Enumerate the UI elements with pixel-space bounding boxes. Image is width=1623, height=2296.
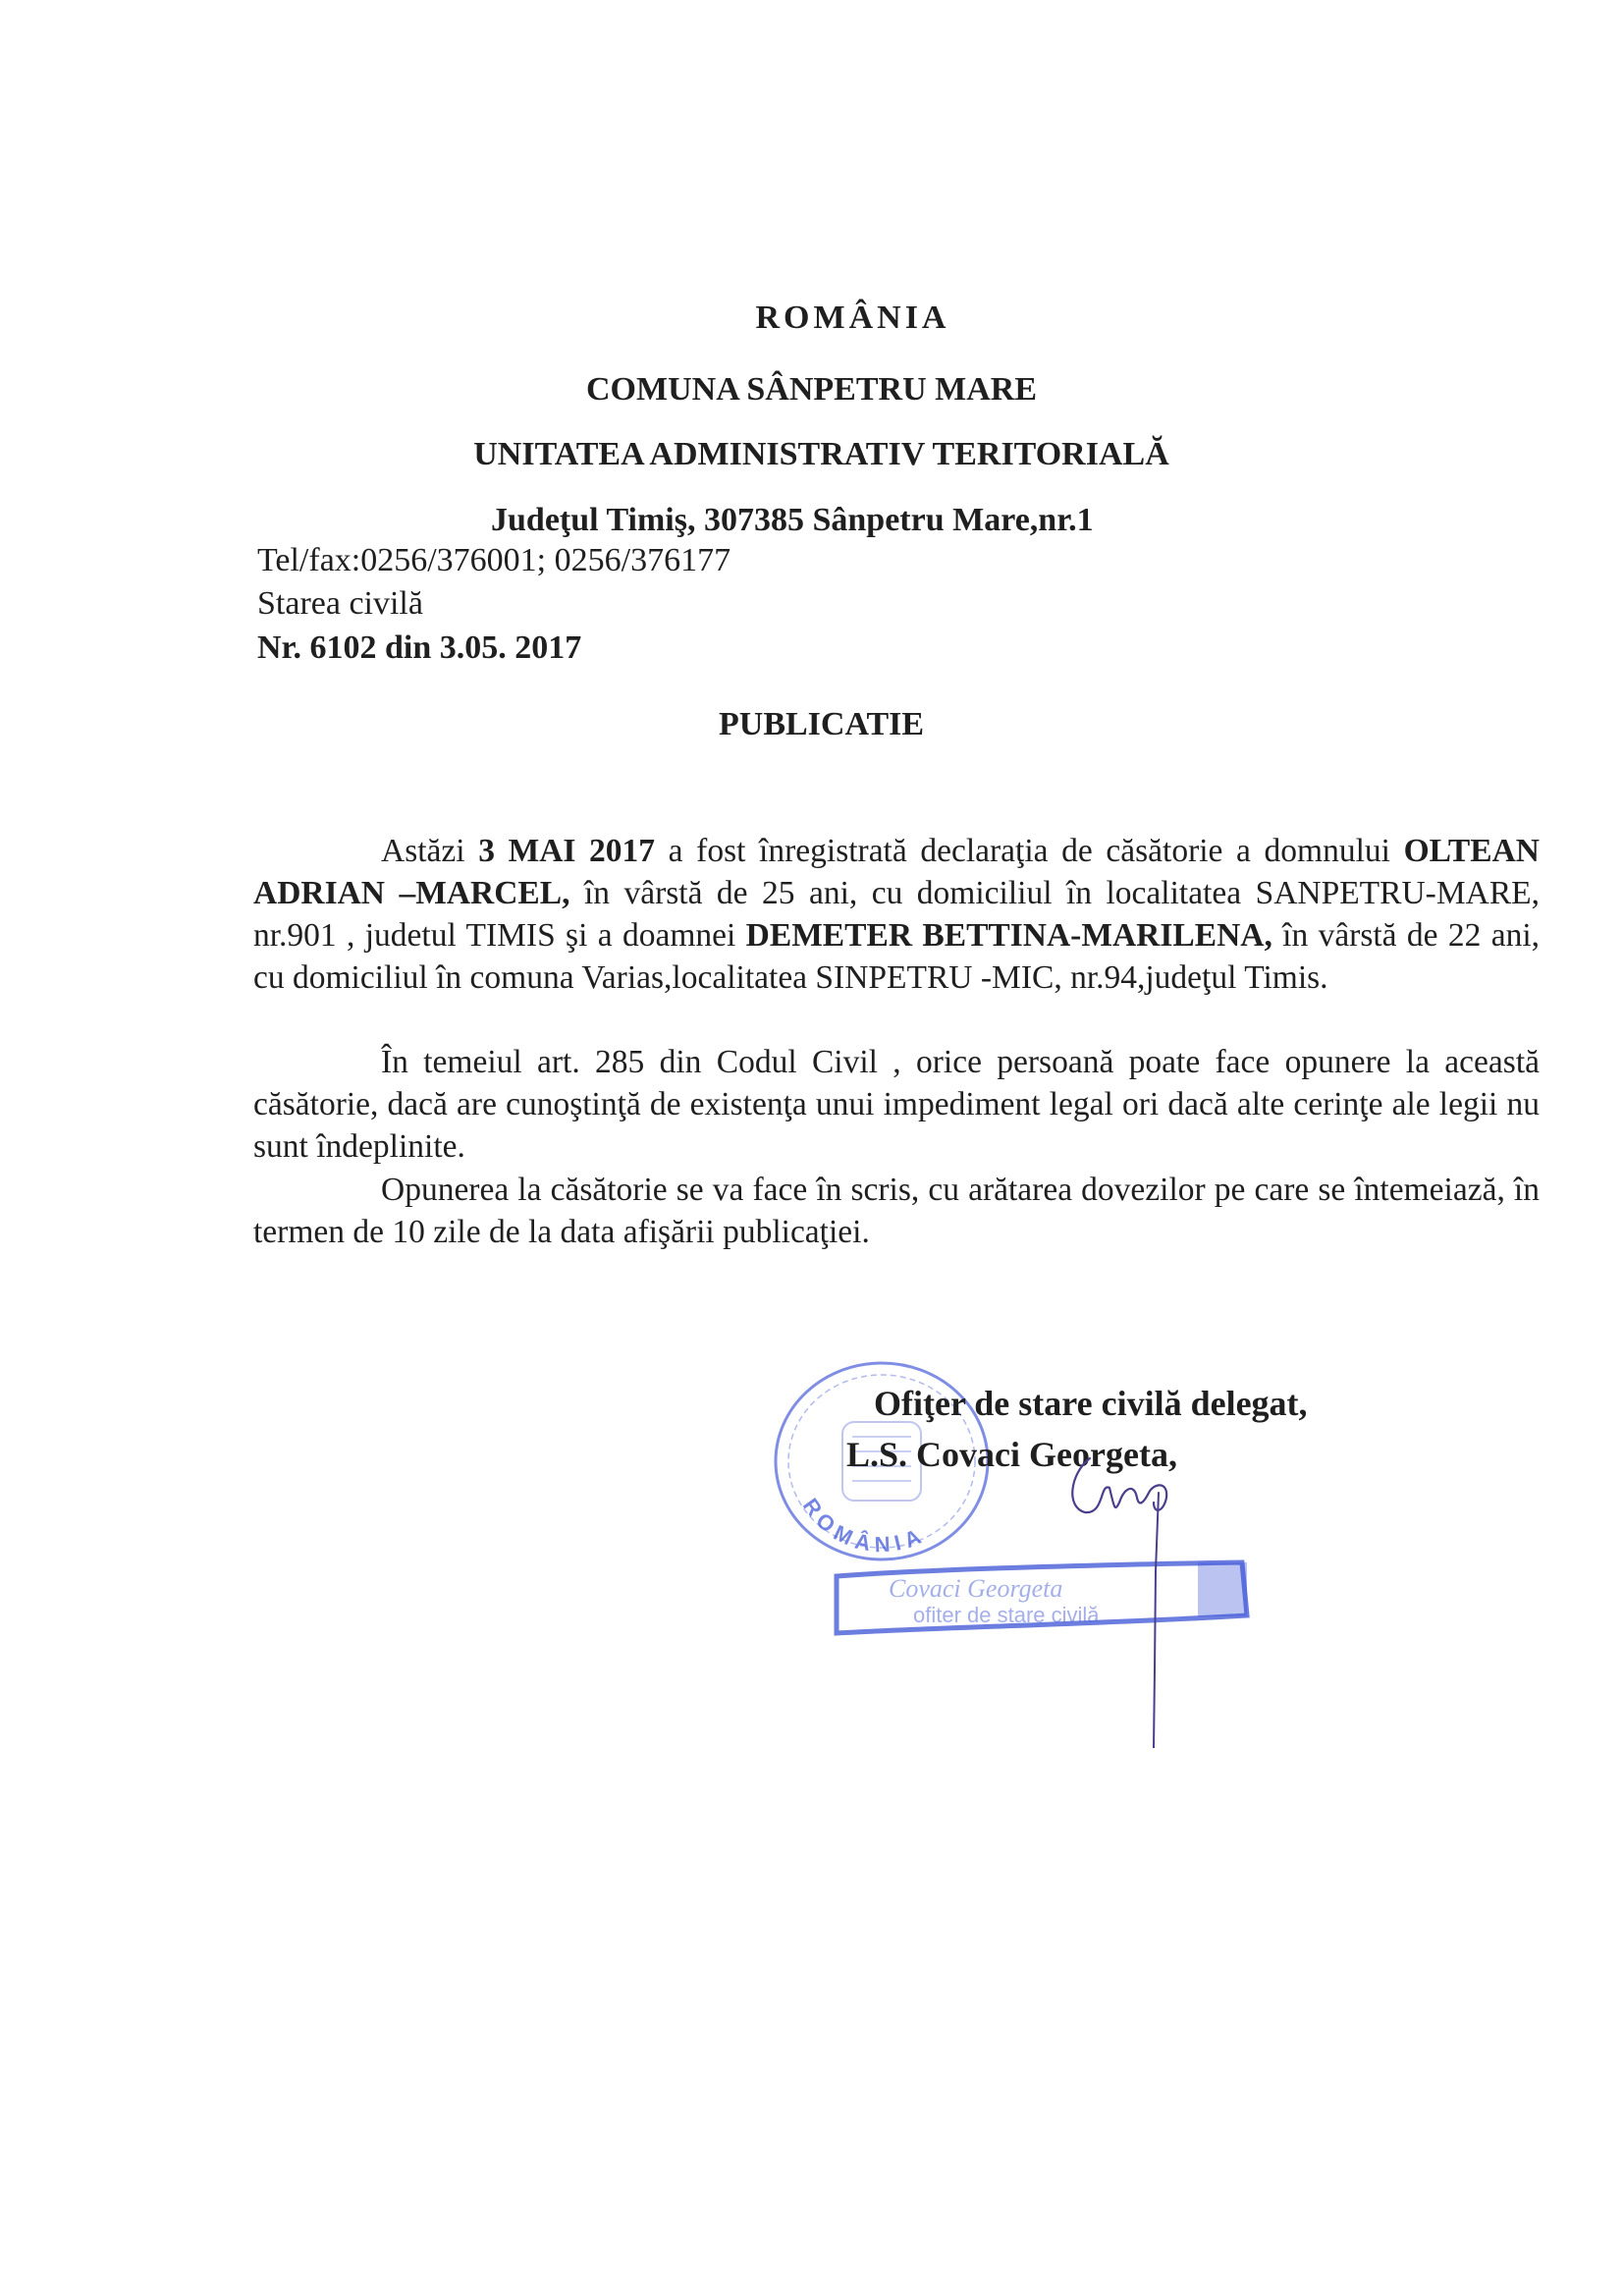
paragraph-opposition: Opunerea la căsătorie se va face în scri… [253, 1169, 1540, 1253]
document-title: PUBLICATIE [719, 706, 924, 743]
registration-number: Nr. 6102 din 3.05. 2017 [257, 629, 581, 667]
country-heading: ROMÂNIA [41, 300, 1623, 337]
declaration-date: 3 MAI 2017 [478, 833, 655, 869]
bride-name: DEMETER BETTINA-MARILENA, [746, 917, 1272, 954]
paragraph-declaration: Astăzi 3 MAI 2017 a fost înregistrată de… [253, 830, 1540, 999]
paragraph-text: a fost înregistrată declaraţia de căsăto… [655, 833, 1404, 869]
address-line: Judeţul Timiş, 307385 Sânpetru Mare,nr.1 [491, 502, 1094, 539]
commune-heading: COMUNA SÂNPETRU MARE [0, 371, 1623, 409]
paragraph-text: Astăzi [381, 833, 478, 869]
unit-heading: UNITATEA ADMINISTRATIV TERITORIALĂ [10, 436, 1623, 473]
paragraph-legal-basis: În temeiul art. 285 din Codul Civil , or… [253, 1041, 1540, 1168]
department-line: Starea civilă [257, 585, 423, 623]
handwritten-signature-icon [1060, 1453, 1198, 1748]
svg-text:ROMÂNIA: ROMÂNIA [798, 1494, 930, 1557]
phone-line: Tel/fax:0256/376001; 0256/376177 [257, 542, 730, 579]
officer-role: Ofiţer de stare civilă delegat, [874, 1383, 1308, 1424]
stamp-officer-name: Covaci Georgeta [889, 1574, 1062, 1604]
